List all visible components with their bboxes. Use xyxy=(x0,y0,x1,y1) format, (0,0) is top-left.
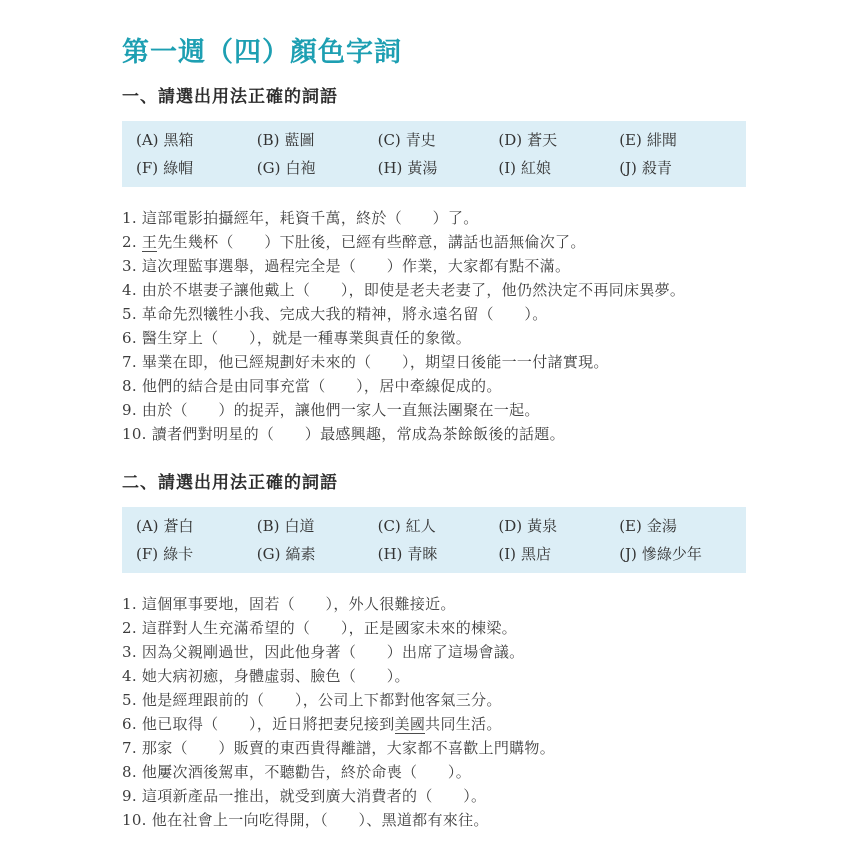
question-text: 他已取得（ ），近日將把妻兒接到 xyxy=(142,715,395,733)
option-word: 黑箱 xyxy=(164,131,194,149)
option-item: (B)白道 xyxy=(257,516,378,536)
option-item: (J)慘綠少年 xyxy=(619,544,740,564)
option-word: 青史 xyxy=(406,131,436,149)
question-item: 5.他是經理跟前的（ ），公司上下都對他客氣三分。 xyxy=(122,688,765,712)
section-2-question-list: 1.這個軍事要地，固若（ ），外人很難接近。 2.這群對人生充滿希望的（ ），正… xyxy=(122,592,765,832)
question-item: 6.他已取得（ ），近日將把妻兒接到美國共同生活。 xyxy=(122,712,765,736)
question-item: 8.他屢次酒後駕車，不聽勸告，終於命喪（ ）。 xyxy=(122,760,765,784)
question-text: 先生幾杯（ ）下肚後，已經有些醉意，講話也語無倫次了。 xyxy=(157,233,585,251)
option-label: (F) xyxy=(136,545,158,563)
option-item: (G)白袍 xyxy=(257,158,378,178)
option-item: (H)青睞 xyxy=(378,544,499,564)
question-text: 這次理監事選舉，過程完全是（ ）作業，大家都有點不滿。 xyxy=(142,257,570,275)
option-word: 黑店 xyxy=(521,545,551,563)
section-1-heading: 一、請選出用法正確的詞語 xyxy=(122,86,765,108)
question-item: 9.這項新產品一推出，就受到廣大消費者的（ ）。 xyxy=(122,784,765,808)
question-item: 10.讀者們對明星的（ ）最感興趣，常成為茶餘飯後的話題。 xyxy=(122,422,765,446)
question-number: 7. xyxy=(122,353,137,371)
question-text: 讀者們對明星的（ ）最感興趣，常成為茶餘飯後的話題。 xyxy=(152,425,565,443)
question-number: 6. xyxy=(122,715,137,733)
option-item: (B)藍圖 xyxy=(257,130,378,150)
question-item: 4.她大病初癒，身體虛弱、臉色（ ）。 xyxy=(122,664,765,688)
question-item: 4.由於不堪妻子讓他戴上（ ），即使是老夫老妻了，他仍然決定不再同床異夢。 xyxy=(122,278,765,302)
section-1-options-box: (A)黑箱 (B)藍圖 (C)青史 (D)蒼天 (E)緋聞 (F)綠帽 (G)白… xyxy=(122,121,746,187)
option-item: (I)黑店 xyxy=(498,544,619,564)
question-text: 革命先烈犧牲小我、完成大我的精神，將永遠名留（ ）。 xyxy=(142,305,548,323)
question-text: 他是經理跟前的（ ），公司上下都對他客氣三分。 xyxy=(142,691,502,709)
question-text: 因為父親剛過世，因此他身著（ ）出席了這場會議。 xyxy=(142,643,525,661)
question-number: 4. xyxy=(122,667,137,685)
option-item: (C)紅人 xyxy=(378,516,499,536)
option-label: (F) xyxy=(136,159,158,177)
option-label: (H) xyxy=(378,159,403,177)
option-word: 慘綠少年 xyxy=(642,545,702,563)
question-number: 2. xyxy=(122,233,137,251)
option-word: 綠卡 xyxy=(163,545,193,563)
option-label: (C) xyxy=(378,131,401,149)
question-item: 6.醫生穿上（ ），就是一種專業與責任的象徵。 xyxy=(122,326,765,350)
option-label: (D) xyxy=(498,517,522,535)
option-label: (D) xyxy=(498,131,522,149)
option-item: (D)蒼天 xyxy=(498,130,619,150)
option-word: 縞素 xyxy=(285,545,315,563)
option-word: 黃湯 xyxy=(407,159,437,177)
option-label: (J) xyxy=(619,159,637,177)
question-number: 4. xyxy=(122,281,137,299)
option-item: (E)緋聞 xyxy=(619,130,740,150)
question-text: 共同生活。 xyxy=(425,715,502,733)
question-number: 10. xyxy=(122,425,147,443)
option-word: 白道 xyxy=(285,517,315,535)
option-word: 黃泉 xyxy=(527,517,557,535)
question-number: 3. xyxy=(122,257,137,275)
option-item: (C)青史 xyxy=(378,130,499,150)
option-word: 綠帽 xyxy=(163,159,193,177)
option-label: (A) xyxy=(136,517,159,535)
section-2-options-box: (A)蒼白 (B)白道 (C)紅人 (D)黃泉 (E)金湯 (F)綠卡 (G)縞… xyxy=(122,507,746,573)
question-text: 由於不堪妻子讓他戴上（ ），即使是老夫老妻了，他仍然決定不再同床異夢。 xyxy=(142,281,685,299)
question-item: 2.王先生幾杯（ ）下肚後，已經有些醉意，講話也語無倫次了。 xyxy=(122,230,765,254)
option-label: (C) xyxy=(378,517,401,535)
option-label: (G) xyxy=(257,159,281,177)
question-number: 1. xyxy=(122,595,137,613)
section-1: 一、請選出用法正確的詞語 (A)黑箱 (B)藍圖 (C)青史 (D)蒼天 (E)… xyxy=(122,86,765,446)
option-label: (E) xyxy=(619,517,642,535)
option-item: (F)綠帽 xyxy=(136,158,257,178)
question-item: 7.那家（ ）販賣的東西貴得離譜，大家都不喜歡上門購物。 xyxy=(122,736,765,760)
option-item: (A)黑箱 xyxy=(136,130,257,150)
question-text: 她大病初癒，身體虛弱、臉色（ ）。 xyxy=(142,667,410,685)
question-item: 1.這部電影拍攝經年，耗資千萬，終於（ ）了。 xyxy=(122,206,765,230)
worksheet-page: 第一週（四）顏色字詞 一、請選出用法正確的詞語 (A)黑箱 (B)藍圖 (C)青… xyxy=(0,0,855,832)
question-text: 畢業在即，他已經規劃好未來的（ ），期望日後能一一付諸實現。 xyxy=(142,353,609,371)
question-text: 他在社會上一向吃得開，（ ）、黑道都有來往。 xyxy=(152,811,489,829)
option-label: (E) xyxy=(619,131,642,149)
question-number: 6. xyxy=(122,329,137,347)
question-number: 5. xyxy=(122,691,137,709)
question-text: 醫生穿上（ ），就是一種專業與責任的象徵。 xyxy=(142,329,471,347)
option-label: (B) xyxy=(257,131,280,149)
option-word: 青睞 xyxy=(407,545,437,563)
question-number: 9. xyxy=(122,787,137,805)
question-number: 5. xyxy=(122,305,137,323)
question-number: 10. xyxy=(122,811,147,829)
option-item: (H)黃湯 xyxy=(378,158,499,178)
option-word: 白袍 xyxy=(285,159,315,177)
section-1-question-list: 1.這部電影拍攝經年，耗資千萬，終於（ ）了。 2.王先生幾杯（ ）下肚後，已經… xyxy=(122,206,765,446)
option-item: (G)縞素 xyxy=(257,544,378,564)
option-label: (A) xyxy=(136,131,159,149)
question-number: 8. xyxy=(122,377,137,395)
question-text: 這群對人生充滿希望的（ ），正是國家未來的棟梁。 xyxy=(142,619,517,637)
question-item: 3.這次理監事選舉，過程完全是（ ）作業，大家都有點不滿。 xyxy=(122,254,765,278)
question-text: 那家（ ）販賣的東西貴得離譜，大家都不喜歡上門購物。 xyxy=(142,739,555,757)
option-item: (D)黃泉 xyxy=(498,516,619,536)
option-label: (I) xyxy=(498,545,516,563)
proper-noun-mark: 王 xyxy=(142,233,157,252)
option-word: 金湯 xyxy=(647,517,677,535)
question-number: 1. xyxy=(122,209,137,227)
question-text: 他屢次酒後駕車，不聽勸告，終於命喪（ ）。 xyxy=(142,763,471,781)
question-number: 8. xyxy=(122,763,137,781)
option-label: (G) xyxy=(257,545,281,563)
question-number: 7. xyxy=(122,739,137,757)
section-2-heading: 二、請選出用法正確的詞語 xyxy=(122,472,765,494)
option-word: 蒼白 xyxy=(164,517,194,535)
option-word: 殺青 xyxy=(642,159,672,177)
option-word: 緋聞 xyxy=(647,131,677,149)
question-text: 這項新產品一推出，就受到廣大消費者的（ ）。 xyxy=(142,787,486,805)
option-word: 紅人 xyxy=(406,517,436,535)
question-item: 5.革命先烈犧牲小我、完成大我的精神，將永遠名留（ ）。 xyxy=(122,302,765,326)
question-item: 3.因為父親剛過世，因此他身著（ ）出席了這場會議。 xyxy=(122,640,765,664)
option-label: (I) xyxy=(498,159,516,177)
question-item: 7.畢業在即，他已經規劃好未來的（ ），期望日後能一一付諸實現。 xyxy=(122,350,765,374)
question-text: 這部電影拍攝經年，耗資千萬，終於（ ）了。 xyxy=(142,209,479,227)
option-label: (H) xyxy=(378,545,403,563)
question-item: 2.這群對人生充滿希望的（ ），正是國家未來的棟梁。 xyxy=(122,616,765,640)
option-word: 紅娘 xyxy=(521,159,551,177)
section-2: 二、請選出用法正確的詞語 (A)蒼白 (B)白道 (C)紅人 (D)黃泉 (E)… xyxy=(122,472,765,832)
question-item: 9.由於（ ）的捉弄，讓他們一家人一直無法團聚在一起。 xyxy=(122,398,765,422)
proper-noun-mark: 美國 xyxy=(395,715,426,734)
option-word: 蒼天 xyxy=(527,131,557,149)
question-item: 1.這個軍事要地，固若（ ），外人很難接近。 xyxy=(122,592,765,616)
page-title: 第一週（四）顏色字詞 xyxy=(122,36,765,68)
option-item: (I)紅娘 xyxy=(498,158,619,178)
question-text: 這個軍事要地，固若（ ），外人很難接近。 xyxy=(142,595,456,613)
option-word: 藍圖 xyxy=(285,131,315,149)
question-text: 由於（ ）的捉弄，讓他們一家人一直無法團聚在一起。 xyxy=(142,401,540,419)
option-item: (E)金湯 xyxy=(619,516,740,536)
question-item: 8.他們的結合是由同事充當（ ），居中牽線促成的。 xyxy=(122,374,765,398)
question-text: 他們的結合是由同事充當（ ），居中牽線促成的。 xyxy=(142,377,502,395)
question-number: 9. xyxy=(122,401,137,419)
option-item: (J)殺青 xyxy=(619,158,740,178)
option-label: (B) xyxy=(257,517,280,535)
question-number: 3. xyxy=(122,643,137,661)
option-label: (J) xyxy=(619,545,637,563)
question-item: 10.他在社會上一向吃得開，（ ）、黑道都有來往。 xyxy=(122,808,765,832)
option-item: (A)蒼白 xyxy=(136,516,257,536)
question-number: 2. xyxy=(122,619,137,637)
option-item: (F)綠卡 xyxy=(136,544,257,564)
